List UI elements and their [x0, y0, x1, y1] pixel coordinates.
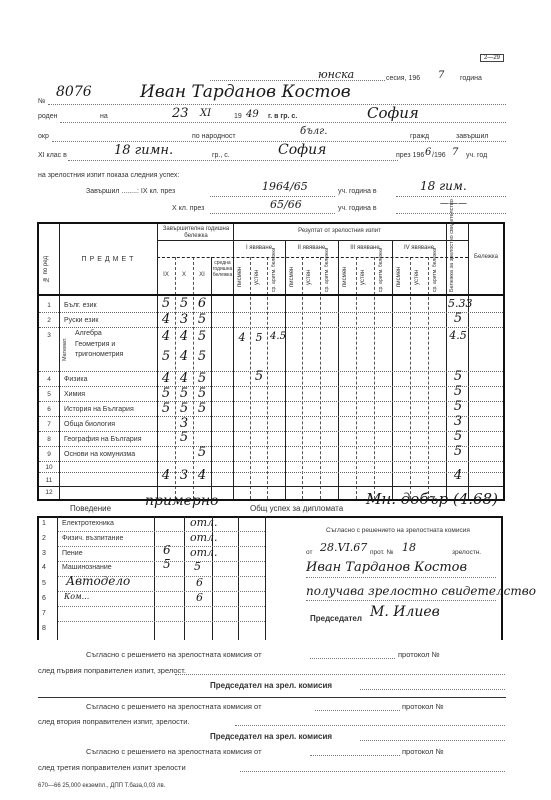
row-divider [39, 327, 503, 328]
certificate-grade: 5 [449, 444, 467, 459]
decision-result: получава зрелостно свидетелство [306, 584, 536, 598]
decision-dots [306, 577, 496, 578]
nationality-label: по народност [192, 133, 236, 140]
col-result-header: Резултат от зрелостния изпит [233, 228, 446, 235]
certificate-grade: 5 [449, 429, 467, 444]
col-avg-header: средна годишна бележка [212, 260, 233, 278]
completed-x-years: 65/66 [270, 198, 302, 211]
ix-dots [210, 196, 335, 197]
subject-name: Химия [64, 391, 85, 398]
retake2-dots [235, 725, 505, 726]
extra-row-number: 5 [42, 580, 46, 587]
col-divider [468, 224, 469, 499]
district-label: окр [38, 133, 49, 140]
period-label-2: /196 [432, 152, 446, 159]
grade-xi: 5 [195, 401, 209, 416]
completed-label: завършил [456, 133, 488, 140]
decision-maturity-label: зрелостн. [452, 549, 481, 556]
row-divider [39, 371, 503, 372]
exam-written: 4 [235, 331, 249, 344]
results-table: № по ред ПРЕДМЕТ Завършителна годишна бе… [37, 222, 505, 501]
col-no-header: № по ред [43, 249, 49, 289]
subject-name: Руски език [64, 317, 98, 324]
grade-x: 5 [177, 296, 191, 311]
completed-ix-school-label: уч. година в [338, 188, 377, 195]
overall-value: Мн. добър (4.68) [366, 490, 498, 508]
subject-name: Геометрия и тригонометрия [75, 340, 145, 360]
row-number: 11 [40, 477, 58, 484]
grade-ix: 4 [159, 371, 173, 386]
period-to: 7 [452, 147, 458, 158]
row-divider [58, 576, 265, 577]
subject-name: Физика [64, 376, 87, 383]
extra-subject-name: Електротехника [62, 520, 114, 527]
extra-subject-name: Ком... [64, 592, 89, 601]
grade-x: 4 [177, 349, 191, 364]
extra-subject-name: Физич. възпитание [62, 535, 123, 542]
conduct-value: примерно [145, 493, 219, 509]
birth-place: София [367, 104, 419, 122]
exam-oral: 5 [252, 369, 266, 384]
exam-oral: 5 [252, 331, 266, 344]
form-code-badge: 2—29 [480, 54, 504, 62]
name-dots [48, 104, 506, 105]
decision-protocol-label: прот. № [370, 549, 393, 556]
row-divider [39, 461, 503, 462]
certificate-grade: 4.5 [448, 329, 468, 342]
birth-month: XI [200, 108, 211, 119]
period-label-1: през 196 [396, 152, 424, 159]
row-divider [58, 546, 265, 547]
col-divider [446, 224, 447, 499]
row-number: 6 [40, 406, 58, 413]
school-name: 18 гимн. [114, 143, 173, 158]
grade-x: 4 [177, 329, 191, 344]
row-divider [39, 431, 503, 432]
extra-row-number: 6 [42, 595, 46, 602]
decision-dots [306, 600, 496, 601]
header-bottom [39, 294, 503, 296]
grade-ix: 5 [159, 401, 173, 416]
written-header: писмен [289, 262, 295, 292]
col-annual-header: Завършителна годишна бележка [159, 226, 233, 240]
decision-date: 28.VI.67 [320, 541, 367, 554]
grade-xi: 4 [195, 468, 209, 483]
col-ix-header: IX [157, 272, 175, 279]
row-divider [39, 472, 503, 473]
grade-ix: 4 [159, 329, 173, 344]
conduct-label: Поведение [70, 504, 111, 513]
extra-subject-name: Машинознание [62, 564, 112, 571]
written-header: писмен [237, 262, 243, 292]
subject-name: Основи на комунизма [64, 451, 135, 458]
avg-header: ср. аритм. бележки [271, 260, 277, 292]
year-suffix: година [460, 75, 482, 82]
decision-from-label: от [306, 549, 312, 556]
written-header: писмен [342, 262, 348, 292]
col-xi-header: XI [193, 272, 211, 279]
student-full-name: Иван Тарданов Костов [140, 82, 351, 102]
grade-ix: 5 [159, 296, 173, 311]
retake2-line1: Съгласно с решението на зрелостната коми… [86, 702, 262, 711]
oral-header: устен [414, 262, 420, 292]
ix-school-dots [396, 196, 506, 197]
birth-year-prefix: 19 [234, 113, 242, 120]
subject-name: Бълг. език [64, 302, 97, 309]
subject-name: История на България [64, 406, 134, 413]
subject-name: География на България [64, 436, 142, 443]
grade-x: 3 [177, 468, 191, 483]
school-city: София [278, 142, 326, 158]
retake2-chair: Председател на зрел. комисия [210, 732, 332, 741]
section-divider [38, 697, 506, 698]
retake3-line2: след третия поправителен изпит зрелости [38, 763, 186, 772]
col-subject-header: ПРЕДМЕТ [67, 256, 151, 263]
col-note-header: Бележка [471, 254, 501, 261]
certificate-grade: 3 [449, 414, 467, 429]
math-group-label: Математ. [62, 328, 68, 370]
period-from: 6 [425, 147, 431, 158]
certificate-grade: 5 [449, 311, 467, 326]
subject-name: Обща биология [64, 421, 115, 428]
extra-grade: 6 [196, 576, 203, 589]
row-divider [39, 386, 503, 387]
results-intro: на зрелостния изпит показа следния успех… [38, 172, 179, 179]
decision-student-name: Иван Тарданов Костов [306, 560, 467, 575]
written-header: писмен [396, 262, 402, 292]
on-label: на [100, 113, 108, 120]
session-dots [210, 80, 385, 81]
row-number: 12 [40, 489, 58, 496]
certificate-grade: 5 [449, 369, 467, 384]
row-number: 1 [40, 302, 58, 309]
retake1-dots [360, 689, 505, 690]
grade-x: 5 [177, 386, 191, 401]
extra-table-border [37, 516, 39, 640]
overall-label: Общ успех за дипломата [250, 504, 343, 513]
col-certificate-header: Бележка за зрелостно свидетелство [449, 232, 455, 292]
grade-ix: 5 [159, 349, 173, 364]
completed-ix-school: 18 гим. [420, 179, 467, 193]
grade-xi: 5 [195, 371, 209, 386]
completed-x-label: X кл. през [172, 205, 204, 212]
nationality-value: бълг. [300, 126, 327, 137]
born-dots [60, 122, 506, 123]
extra-row-number: 2 [42, 535, 46, 542]
completed-x-school-label: уч. година в [338, 205, 377, 212]
certificate-grade: 5 [449, 399, 467, 414]
retake3-dots [310, 755, 400, 756]
grade-ix: 4 [159, 312, 173, 327]
chair-signature: М. Илиев [370, 604, 440, 620]
row-number: 3 [40, 332, 58, 339]
print-footer: 670—66 25,000 екземпл., ДПП Т.база,0,03 … [38, 783, 165, 789]
x-dots [210, 213, 335, 214]
retake1-dots [175, 674, 505, 675]
retake1-line2: след първия поправителен изпит, зрелост. [38, 666, 186, 675]
header-divider [157, 257, 468, 258]
conduct-divider [37, 516, 503, 518]
extra-row-number: 3 [42, 550, 46, 557]
oral-header: устен [306, 262, 312, 292]
grade-x: 3 [177, 312, 191, 327]
row-divider [58, 621, 265, 622]
extra-row-number: 4 [42, 564, 46, 571]
grade-xi: 5 [195, 312, 209, 327]
avg-header: ср. аритм. бележки [378, 260, 384, 292]
subject-name: Алгебра [75, 330, 102, 337]
row-divider [58, 531, 265, 532]
row-number: 5 [40, 391, 58, 398]
row-number: 10 [40, 464, 58, 471]
row-divider [39, 446, 503, 447]
row-divider [58, 561, 265, 562]
completed-ix-years: 1964/65 [262, 180, 308, 193]
session-year-digit: 7 [438, 70, 444, 81]
exam-average: 4.5 [269, 331, 287, 342]
grade-xi: 5 [195, 349, 209, 364]
col-divider [265, 516, 266, 640]
completed-ix-label: Завършил ........: IX кл. през [86, 188, 175, 195]
extra-subject-name: Пение [62, 550, 83, 557]
avg-header: ср. аритм. бележки [324, 260, 330, 292]
school-city-label: гр., с. [212, 152, 230, 159]
header-divider [157, 240, 468, 241]
grade-x: 5 [177, 401, 191, 416]
retake1-protocol: протокол № [398, 650, 440, 659]
oral-header: устен [254, 262, 260, 292]
row-divider [58, 606, 265, 607]
retake2-protocol: протокол № [402, 702, 444, 711]
grade-x: 5 [177, 430, 191, 445]
extra-table-border [501, 516, 503, 640]
retake3-protocol: протокол № [402, 747, 444, 756]
place-label: г. в гр. с. [268, 113, 297, 120]
col-divider [157, 224, 158, 499]
extra-grade: 6 [196, 591, 203, 604]
register-number: 8076 [56, 84, 92, 100]
decision-protocol-no: 18 [402, 541, 416, 554]
grade-xi: 5 [195, 329, 209, 344]
birth-day: 23 [172, 106, 189, 121]
retake3-line1: Съгласно с решението на зрелостната коми… [86, 747, 262, 756]
row-number: 4 [40, 376, 58, 383]
retake1-chair: Председател на зрел. комисия [210, 681, 332, 690]
session-label: сесия, 196 [386, 75, 420, 82]
retake2-line2: след втория поправителен изпит, зрелости… [38, 717, 190, 726]
row-divider [39, 486, 503, 487]
extra-grade: отл. [190, 516, 218, 529]
extra-grade: 5 [163, 557, 171, 571]
certificate-grade: 4 [449, 468, 467, 483]
grade-xi: 5 [195, 386, 209, 401]
attempt-2-header: II явяване [285, 245, 338, 252]
row-number: 8 [40, 436, 58, 443]
row-divider [39, 401, 503, 402]
col-divider [233, 224, 234, 499]
row-number: 9 [40, 451, 58, 458]
born-label: роден [38, 113, 57, 120]
birth-year: 49 [246, 109, 259, 120]
citizenship-label: гражд [410, 133, 429, 140]
grade-x: 3 [177, 416, 191, 431]
chair-label: Председател [310, 614, 362, 623]
col-divider [59, 224, 60, 499]
certificate-grade: 5.33 [448, 297, 468, 310]
grade-xi: 6 [195, 296, 209, 311]
avg-header: ср. аритм. бележки [432, 260, 438, 292]
decision-line1: Съгласно с решението на зрелостната коми… [326, 527, 470, 534]
extra-grade: отл. [190, 546, 218, 559]
number-label: № [38, 98, 46, 105]
attempt-1-header: I явяване [233, 245, 285, 252]
row-divider [39, 416, 503, 417]
row-number: 2 [40, 317, 58, 324]
class-label: XI клас в [38, 152, 67, 159]
grade-xi: 5 [195, 445, 209, 460]
extra-grade: отл. [190, 531, 218, 544]
period-suffix: уч. год [466, 152, 487, 159]
retake2-dots [315, 710, 400, 711]
retake1-dots [310, 658, 395, 659]
certificate-grade: 5 [449, 384, 467, 399]
extra-row-number: 8 [42, 625, 46, 632]
extra-row-number: 7 [42, 610, 46, 617]
retake1-line1: Съгласно с решението на зрелостната коми… [86, 650, 262, 659]
oral-header: устен [360, 262, 366, 292]
row-number: 7 [40, 421, 58, 428]
extra-row-number: 1 [42, 520, 46, 527]
col-x-header: X [175, 272, 193, 279]
retake2-dots [360, 740, 505, 741]
retake3-dots [240, 771, 505, 772]
row-divider [58, 591, 265, 592]
grade-x: 4 [177, 371, 191, 386]
class-dots [68, 160, 398, 161]
grade-ix: 5 [159, 386, 173, 401]
row-divider [39, 312, 503, 313]
grade-ix: 4 [159, 468, 173, 483]
